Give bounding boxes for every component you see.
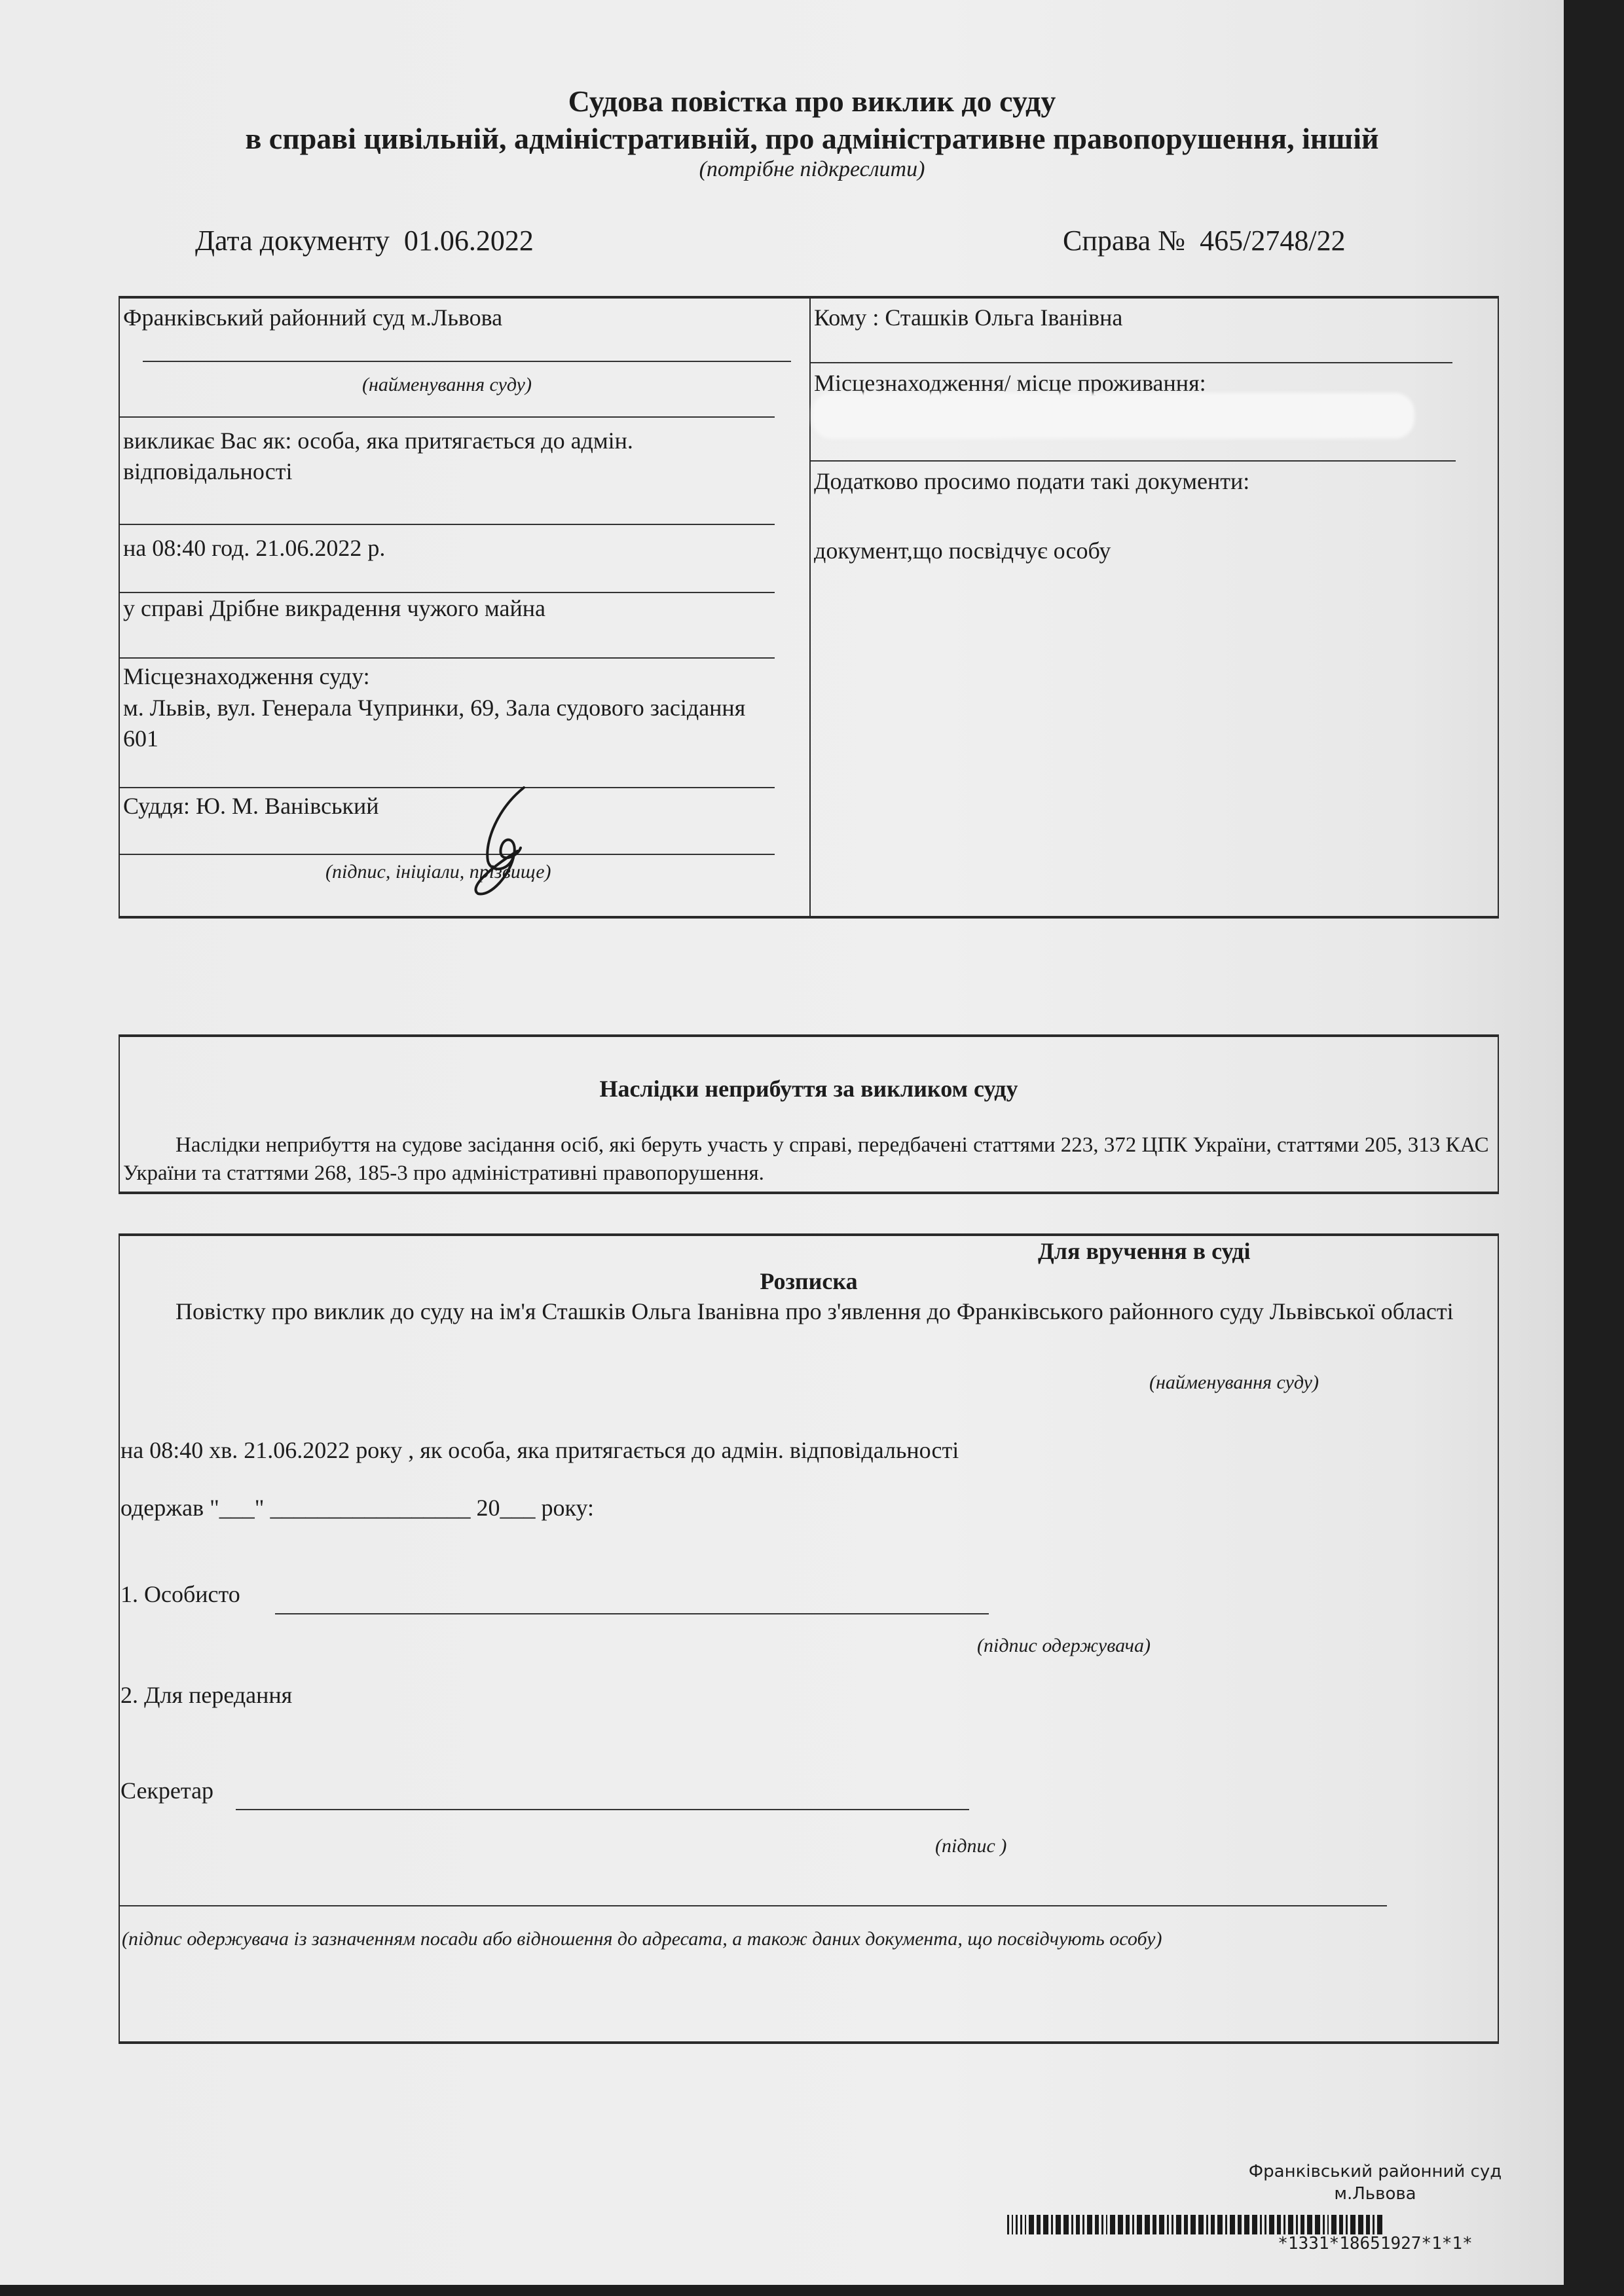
summoned-as: викликає Вас як: особа, яка притягається… — [123, 426, 778, 487]
judge-name: Суддя: Ю. М. Ванівський — [123, 791, 379, 822]
for-court-label: Для вручення в суді — [1038, 1236, 1251, 1267]
receipt-line2: на 08:40 хв. 21.06.2022 року , як особа,… — [120, 1435, 959, 1466]
for-transfer-label: 2. Для передання — [120, 1680, 292, 1711]
receipt-title: Розписка — [119, 1266, 1499, 1297]
recipient: Кому : Сташків Ольга Іванівна — [814, 302, 1122, 333]
underline — [120, 416, 775, 418]
case-number-value: 465/2748/22 — [1200, 225, 1345, 257]
underline — [120, 657, 775, 659]
redaction-mark — [812, 393, 1414, 439]
underline — [811, 362, 1452, 363]
receipt-line1: Повістку про виклик до суду на ім'я Сташ… — [123, 1296, 1492, 1327]
received-date: одержав "___" _________________ 20___ ро… — [120, 1493, 594, 1523]
footer-court-line1: Франківський районний суд — [1126, 2162, 1624, 2181]
document-page: Судова повістка про виклик до суду в спр… — [0, 0, 1564, 2285]
secretary-signature-line[interactable] — [236, 1809, 969, 1810]
court-location-label: Місцезнаходження суду: — [123, 661, 370, 692]
personally-signature-line[interactable] — [275, 1613, 989, 1614]
barcode-text: *1331*18651927*1*1* — [1126, 2234, 1624, 2253]
recipient-sig-caption: (підпис одержувача) — [977, 1633, 1151, 1658]
case-subject: у справі Дрібне викрадення чужого майна — [123, 593, 545, 624]
title-line2: в справі цивільній, адміністративній, пр… — [0, 121, 1624, 156]
secretary-sig-caption: (підпис ) — [935, 1833, 1006, 1859]
secretary-label: Секретар — [120, 1776, 213, 1806]
title-line1: Судова повістка про виклик до суду — [0, 84, 1624, 118]
doc-date-label: Дата документу — [195, 225, 390, 257]
underline — [143, 361, 791, 362]
bottom-caption: (підпис одержувача із зазначенням посади… — [122, 1926, 1162, 1952]
court-name-caption: (найменування суду) — [362, 372, 532, 397]
extra-docs-label: Додатково просимо подати такі документи: — [814, 466, 1249, 497]
receipt-box — [119, 1233, 1499, 2044]
recipient-details-line[interactable] — [120, 1905, 1387, 1906]
extra-docs: документ,що посвідчує особу — [814, 536, 1111, 566]
case-number: Справа № 465/2748/22 — [1063, 224, 1346, 257]
underline — [120, 524, 775, 525]
receipt-court-caption: (найменування суду) — [1149, 1370, 1319, 1395]
hearing-datetime: на 08:40 год. 21.06.2022 р. — [123, 533, 385, 564]
consequences-text: Наслідки неприбуття на судове засідання … — [123, 1131, 1492, 1188]
column-divider — [809, 297, 811, 917]
footer-court-line2: м.Львова — [1126, 2184, 1624, 2204]
judge-signature-icon — [452, 782, 570, 900]
barcode-icon — [1007, 2215, 1505, 2234]
consequences-title: Наслідки неприбуття за викликом суду — [119, 1074, 1499, 1104]
underline — [120, 787, 775, 788]
court-location: м. Львів, вул. Генерала Чупринки, 69, За… — [123, 693, 778, 754]
court-name: Франківський районний суд м.Львова — [123, 302, 502, 333]
case-label: Справа № — [1063, 225, 1185, 257]
title-note: (потрібне підкреслити) — [0, 157, 1624, 182]
doc-date: Дата документу 01.06.2022 — [195, 224, 534, 257]
doc-date-value: 01.06.2022 — [404, 225, 534, 257]
underline — [120, 854, 775, 855]
personally-label: 1. Особисто — [120, 1579, 240, 1610]
underline — [811, 460, 1456, 462]
